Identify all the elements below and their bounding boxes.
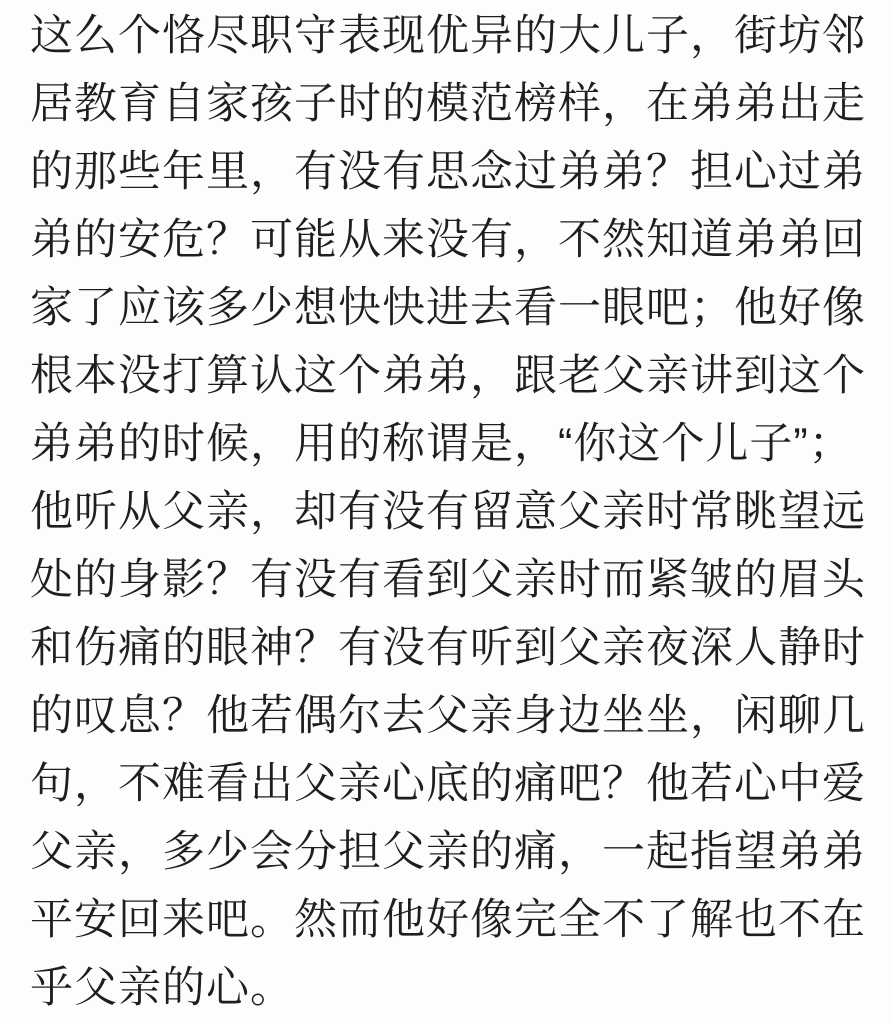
- text-line: 家了应该多少想快快进去看一眼吧；他好像: [30, 274, 849, 342]
- text-line: 他听从父亲，却有没有留意父亲时常眺望远: [30, 478, 849, 546]
- text-line: 处的身影？有没有看到父亲时而紧皱的眉头: [30, 546, 849, 614]
- text-document: 这么个恪尽职守表现优异的大儿子，街坊邻 居教育自家孩子时的模范榜样，在弟弟出走 …: [0, 0, 891, 1024]
- text-line: 父亲，多少会分担父亲的痛，一起指望弟弟: [30, 818, 849, 886]
- text-line: 乎父亲的心。: [30, 954, 849, 1022]
- text-line: 居教育自家孩子时的模范榜样，在弟弟出走: [30, 70, 849, 138]
- text-line: 这么个恪尽职守表现优异的大儿子，街坊邻: [30, 2, 849, 70]
- text-line: 句，不难看出父亲心底的痛吧？他若心中爱: [30, 750, 849, 818]
- text-line: 和伤痛的眼神？有没有听到父亲夜深人静时: [30, 614, 849, 682]
- text-line: 根本没打算认这个弟弟，跟老父亲讲到这个: [30, 342, 849, 410]
- text-line: 弟的安危？可能从来没有，不然知道弟弟回: [30, 206, 849, 274]
- page: { "document": { "language": "zh-CN", "li…: [0, 0, 891, 1024]
- text-line: 的叹息？他若偶尔去父亲身边坐坐，闲聊几: [30, 682, 849, 750]
- text-line: 的那些年里，有没有思念过弟弟？担心过弟: [30, 138, 849, 206]
- text-line: 平安回来吧。然而他好像完全不了解也不在: [30, 886, 849, 954]
- text-line: 弟弟的时候，用的称谓是，“你这个儿子”；: [30, 410, 849, 478]
